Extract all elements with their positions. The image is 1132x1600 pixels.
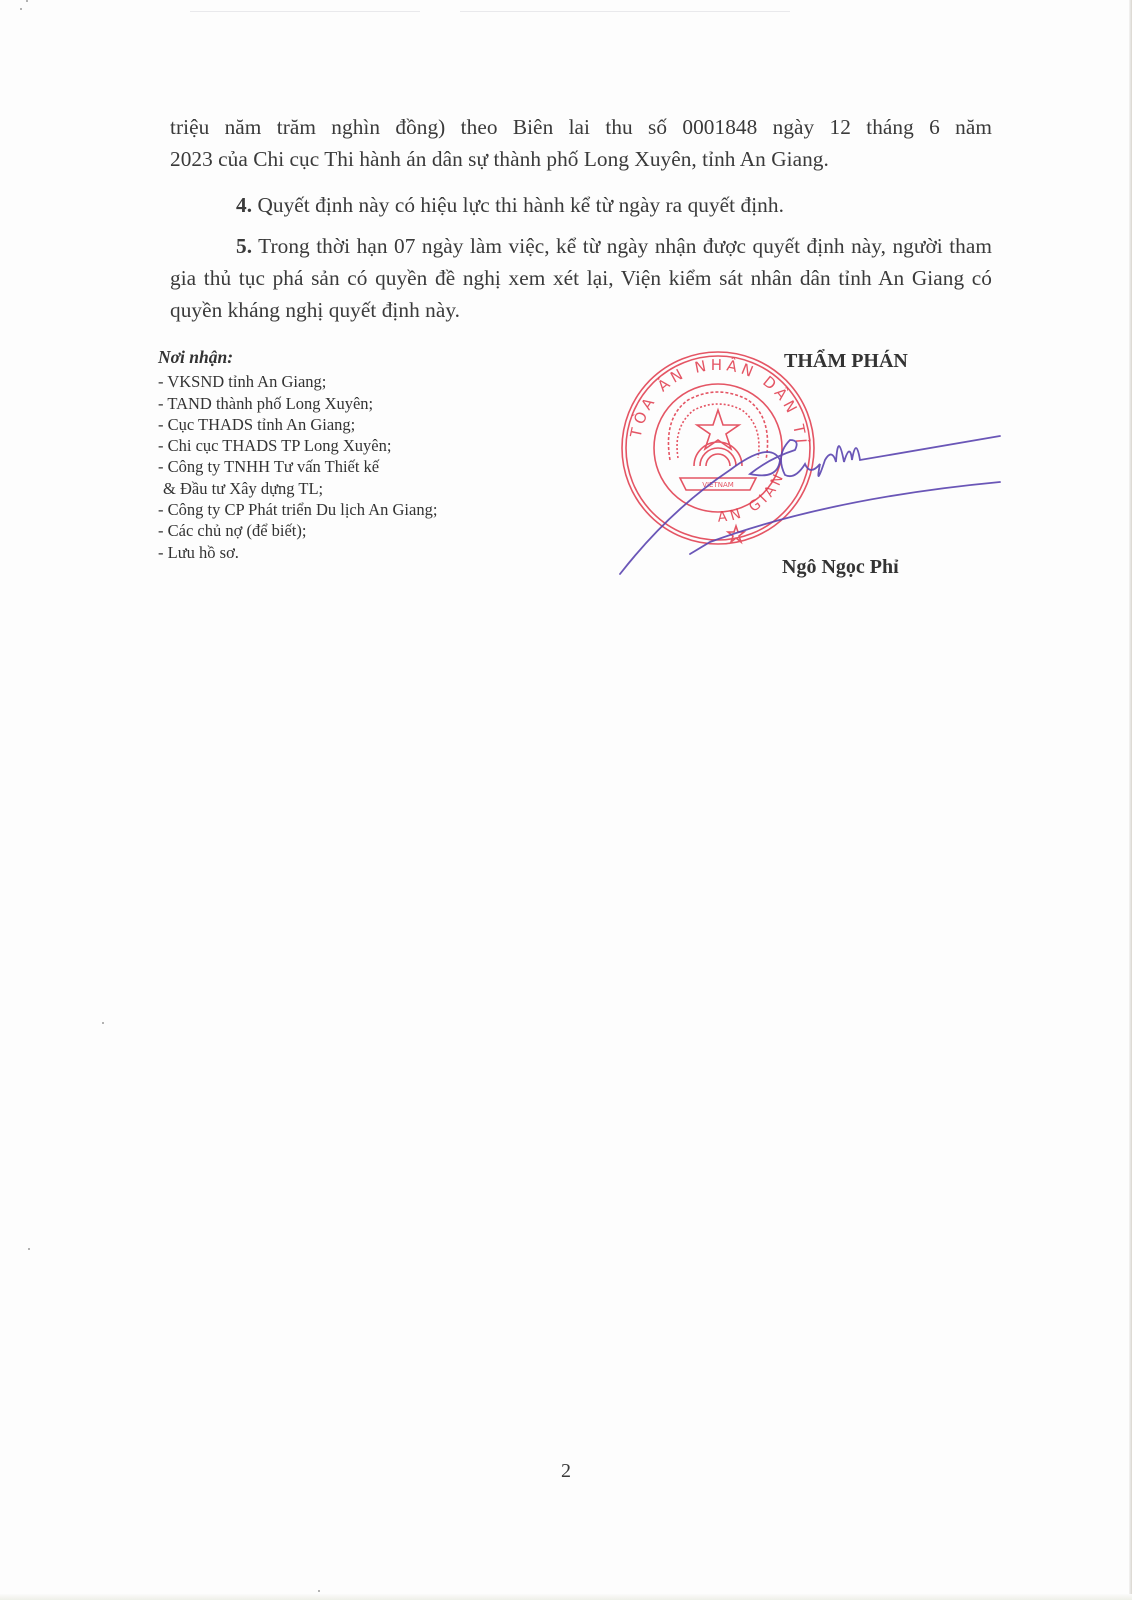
body-line: triệu năm trăm nghìn đồng) theo Biên lai… [170,111,992,143]
signer-name: Ngô Ngọc Phỉ [782,556,899,579]
scan-dot [26,0,28,2]
recipient-item: - Chi cục THADS TP Long Xuyên; [158,435,538,456]
scan-artifact [190,11,420,12]
scan-edge [0,1594,1132,1600]
scan-dot [318,1590,320,1592]
scan-dot [20,8,22,10]
recipient-item: - Công ty CP Phát triển Du lịch An Giang… [158,499,538,520]
recipient-item: - Các chủ nợ (để biết); [158,520,538,541]
item-text: Trong thời hạn 07 ngày làm việc, kể từ n… [170,234,992,322]
recipient-item: & Đầu tư Xây dựng TL; [158,478,538,499]
document-page: triệu năm trăm nghìn đồng) theo Biên lai… [0,0,1132,1600]
page-number: 2 [0,1460,1132,1483]
item-text: Quyết định này có hiệu lực thi hành kể t… [252,193,784,217]
paragraph-item-5: 5. Trong thời hạn 07 ngày làm việc, kể t… [170,230,992,326]
recipient-item: - VKSND tỉnh An Giang; [158,371,538,392]
item-number: 5. [236,234,252,258]
paragraph-item-4: 4. Quyết định này có hiệu lực thi hành k… [170,189,992,221]
item-number: 4. [236,193,252,217]
body-line: 2023 của Chi cục Thi hành án dân sự thàn… [170,143,992,175]
recipient-item: - TAND thành phố Long Xuyên; [158,393,538,414]
signer-title: THẨM PHÁN [784,350,908,373]
scan-artifact [460,11,790,12]
recipients-block: Nơi nhận: - VKSND tỉnh An Giang; - TAND … [158,347,538,563]
recipients-heading: Nơi nhận: [158,347,538,368]
scan-dot [102,1022,104,1024]
recipient-item: - Cục THADS tỉnh An Giang; [158,414,538,435]
scan-dot [28,1248,30,1250]
recipient-item: - Công ty TNHH Tư vấn Thiết kế [158,456,538,477]
recipient-item: - Lưu hồ sơ. [158,542,538,563]
paragraph-continuation: triệu năm trăm nghìn đồng) theo Biên lai… [170,111,992,175]
